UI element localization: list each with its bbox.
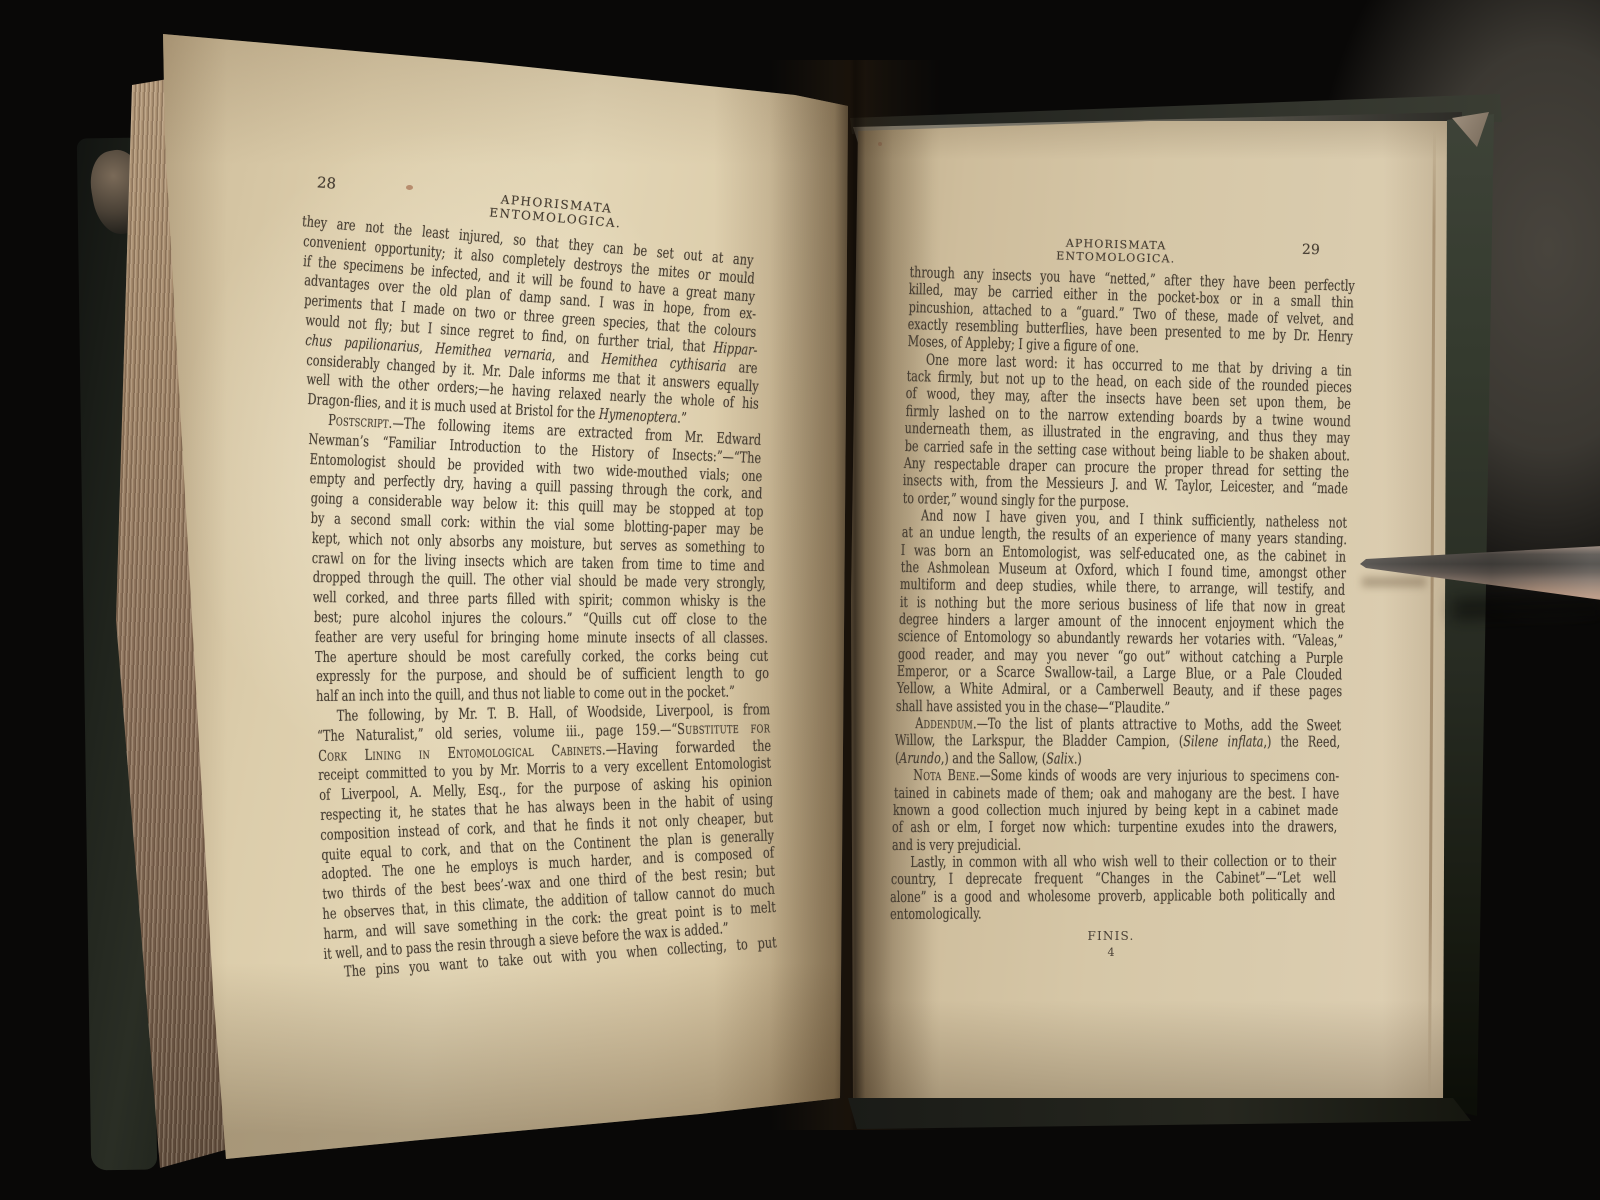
finis-label: FINIS.	[888, 929, 1334, 943]
book-photograph: 28 APHORISMATA ENTOMOLOGICA. they are no…	[0, 0, 1600, 1200]
book-cover-bottom-edge	[846, 1094, 1476, 1134]
text-line: feather are very useful for bringing hom…	[315, 628, 768, 648]
running-head-right: APHORISMATA ENTOMOLOGICA.	[1036, 236, 1197, 266]
knife-tip-shadow	[1362, 577, 1426, 587]
text-line: best; pure alcohol injures the colours.”…	[314, 608, 767, 630]
foxing-spot	[406, 185, 413, 190]
signature-mark: 4	[888, 946, 1334, 959]
text-line: Nota Bene.—Some kinds of woods are very …	[894, 766, 1339, 786]
text-line: entomologically.	[890, 902, 1335, 924]
page-number-28: 28	[316, 173, 336, 192]
page-number-29: 29	[1302, 242, 1320, 258]
foxing-spot	[878, 142, 882, 146]
